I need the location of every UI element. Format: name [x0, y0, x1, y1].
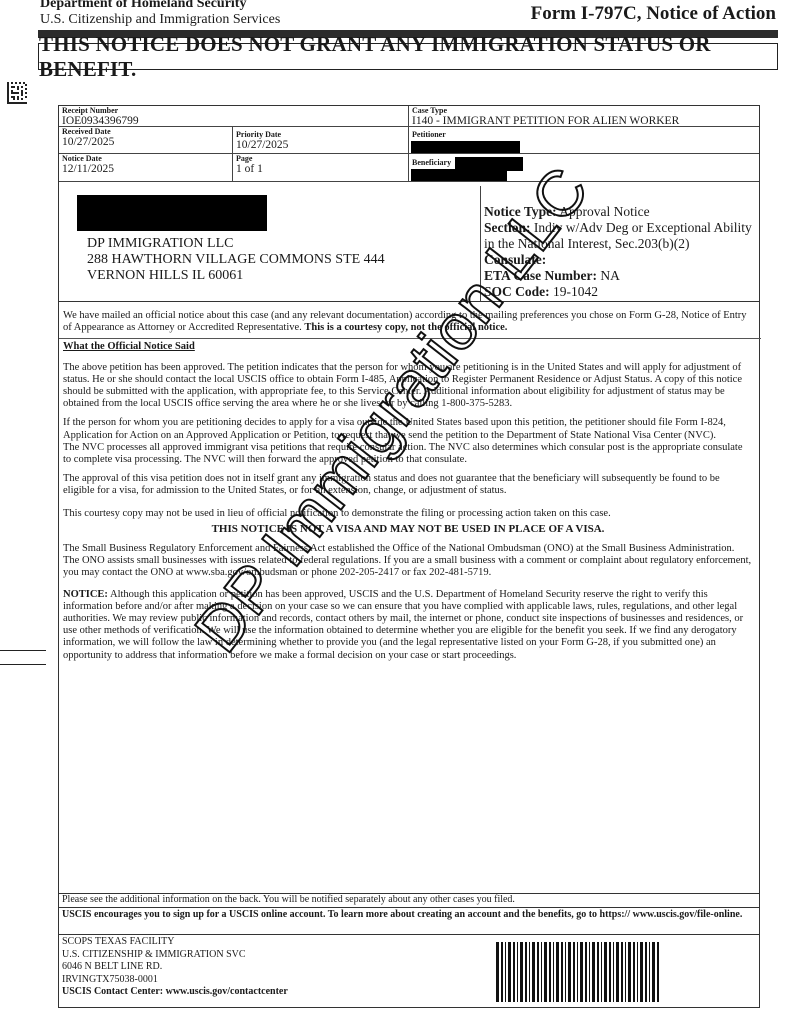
page-number: 1 of 1	[236, 163, 408, 175]
office-line-3: 6046 N BELT LINE RD.	[62, 961, 288, 974]
recipient-name-redaction	[77, 195, 267, 231]
soc-code-label: SOC Code:	[484, 284, 550, 299]
case-type: I140 - IMMIGRANT PETITION FOR ALIEN WORK…	[412, 115, 759, 127]
nvc-paragraph: The NVC processes all approved immigrant…	[63, 442, 753, 466]
notice-label: NOTICE:	[63, 589, 108, 600]
approval-paragraph: The above petition has been approved. Th…	[63, 362, 753, 411]
online-account-notice: USCIS encourages you to sign up for a US…	[59, 907, 759, 935]
address-line-2: 288 HAWTHORN VILLAGE COMMONS STE 444	[87, 252, 385, 268]
form-title: Form I-797C, Notice of Action	[531, 3, 776, 25]
consular-paragraph: If the person for whom you are petitioni…	[63, 417, 753, 441]
soc-code: 19-1042	[553, 284, 598, 299]
received-date: 10/27/2025	[62, 136, 232, 148]
notice-date-cell: Notice Date 12/11/2025	[59, 154, 233, 182]
status-banner: THIS NOTICE DOES NOT GRANT ANY IMMIGRATI…	[38, 43, 778, 70]
office-line-2: U.S. CITIZENSHIP & IMMIGRATION SVC	[62, 949, 288, 962]
additional-info-line: Please see the additional information on…	[59, 893, 759, 906]
petitioner-label: Petitioner	[412, 130, 759, 139]
mailing-address-block: DP IMMIGRATION LLC 288 HAWTHORN VILLAGE …	[59, 186, 481, 302]
datamatrix-code-icon	[7, 82, 27, 104]
priority-date-label: Priority Date	[236, 130, 408, 139]
section-divider	[59, 338, 761, 339]
page-cell: Page 1 of 1	[233, 154, 409, 182]
department-name: Department of Homeland Security	[40, 0, 280, 12]
margin-fold-mark	[0, 664, 46, 665]
courtesy-copy-notice: This is a courtesy copy, not the officia…	[304, 322, 507, 333]
beneficiary-redaction	[411, 169, 507, 181]
agency-name: U.S. Citizenship and Immigration Service…	[40, 12, 280, 28]
consulate-label: Consulate:	[484, 252, 546, 267]
receipt-number-label: Receipt Number	[62, 106, 408, 115]
status-disclaimer-paragraph: The approval of this visa petition does …	[63, 473, 753, 497]
notice-type-label: Notice Type:	[484, 204, 557, 219]
notice-date: 12/11/2025	[62, 163, 232, 175]
receipt-number: IOE0934396799	[62, 115, 408, 127]
ombudsman-paragraph: The Small Business Regulatory Enforcemen…	[63, 543, 753, 580]
verification-notice-paragraph: NOTICE: Although this application or pet…	[63, 589, 753, 662]
courtesy-copy-paragraph: This courtesy copy may not be used in li…	[63, 508, 753, 520]
case-type-label: Case Type	[412, 106, 759, 115]
priority-date-cell: Priority Date 10/27/2025	[233, 127, 409, 154]
verification-text: Although this application or petition ha…	[63, 589, 743, 661]
eta-case-number: NA	[600, 268, 620, 283]
contact-center-link[interactable]: USCIS Contact Center: www.uscis.gov/cont…	[62, 986, 288, 999]
address-line-1: DP IMMIGRATION LLC	[87, 236, 385, 252]
agency-header: Department of Homeland Security U.S. Cit…	[40, 0, 280, 28]
notice-type: Approval Notice	[559, 204, 649, 219]
notice-body: We have mailed an official notice about …	[63, 310, 753, 669]
priority-date: 10/27/2025	[236, 139, 408, 151]
section-heading: What the Official Notice Said	[63, 341, 753, 353]
petitioner-cell: Petitioner	[409, 127, 759, 154]
beneficiary-cell: Beneficiary	[409, 154, 759, 182]
office-line-1: SCOPS TEXAS FACILITY	[62, 936, 288, 949]
notice-frame: Receipt Number IOE0934396799 Case Type I…	[58, 105, 760, 1008]
case-type-cell: Case Type I140 - IMMIGRANT PETITION FOR …	[409, 106, 759, 127]
notice-date-label: Notice Date	[62, 154, 232, 163]
petitioner-redaction	[411, 141, 520, 153]
received-date-cell: Received Date 10/27/2025	[59, 127, 233, 154]
address-line-3: VERNON HILLS IL 60061	[87, 268, 385, 284]
page-label: Page	[236, 154, 408, 163]
eta-case-number-label: ETA Case Number:	[484, 268, 597, 283]
received-date-label: Received Date	[62, 127, 232, 136]
intro-paragraph: We have mailed an official notice about …	[63, 310, 753, 334]
office-line-4: IRVINGTX75038-0001	[62, 974, 288, 987]
service-center-address: SCOPS TEXAS FACILITY U.S. CITIZENSHIP & …	[62, 936, 288, 999]
margin-fold-mark	[0, 650, 46, 651]
visa-warning: THIS NOTICE IS NOT A VISA AND MAY NOT BE…	[63, 523, 753, 535]
section-label: Section:	[484, 220, 531, 235]
barcode-icon	[496, 942, 661, 1002]
receipt-number-cell: Receipt Number IOE0934396799	[59, 106, 409, 127]
notice-details-block: Notice Type: Approval Notice Section: In…	[481, 186, 759, 302]
